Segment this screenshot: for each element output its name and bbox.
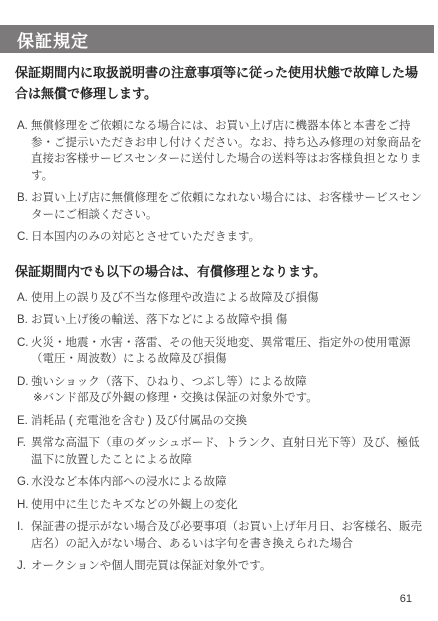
list-item: J. オークションや個人間売買は保証対象外です。 <box>17 558 424 575</box>
list-item: C. 日本国内のみの対応とさせていただきます。 <box>17 229 424 246</box>
page-title: 保証規定 <box>0 27 89 52</box>
item-label: D. <box>17 374 31 407</box>
item-label: B. <box>17 312 31 329</box>
item-text: 日本国内のみの対応とさせていただきます。 <box>31 229 424 246</box>
item-text: オークションや個人間売買は保証対象外です。 <box>31 558 424 575</box>
page-header-bar: 保証規定 <box>0 25 434 53</box>
item-text: お買い上げ店に無償修理をご依頼になれない場合には、お客様サービスセンターにご相談… <box>31 190 424 223</box>
item-text: 水没など本体内部への浸水による故障 <box>31 474 424 491</box>
item-text: 異常な高温下（車のダッシュボード、トランク、直射日光下等）及び、極低温下に放置し… <box>31 435 424 468</box>
list-item: G. 水没など本体内部への浸水による故障 <box>17 474 424 491</box>
item-text: 使用中に生じたキズなどの外観上の変化 <box>31 497 424 514</box>
item-label: C. <box>17 229 31 246</box>
item-text: 火災・地震・水害・落雷、その他天災地変、異常電圧、指定外の使用電源（電圧・周波数… <box>31 335 424 368</box>
item-text: 強いショック（落下、ひねり、つぶし等）による故障 ※バンド部及び外観の修理・交換… <box>31 374 424 407</box>
page-number: 61 <box>400 593 412 605</box>
paid-repair-list: A. 使用上の誤り及び不当な修理や改造による故障及び損傷 B. お買い上げ後の輸… <box>17 290 424 575</box>
list-item: A. 無償修理をご依頼になる場合には、お買い上げ店に機器本体と本書をご持参・ご提… <box>17 118 424 184</box>
item-label: G. <box>17 474 31 491</box>
list-item: C. 火災・地震・水害・落雷、その他天災地変、異常電圧、指定外の使用電源（電圧・… <box>17 335 424 368</box>
paid-repair-heading: 保証期間内でも以下の場合は、有償修理となります。 <box>15 262 424 281</box>
item-label: A. <box>17 118 31 184</box>
item-label: C. <box>17 335 31 368</box>
item-note: ※バンド部及び外観の修理・交換は保証の対象外です。 <box>33 390 424 407</box>
list-item: B. お買い上げ店に無償修理をご依頼になれない場合には、お客様サービスセンターに… <box>17 190 424 223</box>
warranty-page: 保証規定 保証期間内に取扱説明書の注意事項等に従った使用状態で故障した場合は無償… <box>0 0 438 621</box>
item-label: F. <box>17 435 31 468</box>
item-text: 保証書の提示がない場合及び必要事項（お買い上げ年月日、お客様名、販売店名）の記入… <box>31 519 424 552</box>
list-item: I. 保証書の提示がない場合及び必要事項（お買い上げ年月日、お客様名、販売店名）… <box>17 519 424 552</box>
item-label: I. <box>17 519 31 552</box>
item-label: E. <box>17 413 31 430</box>
list-item: D. 強いショック（落下、ひねり、つぶし等）による故障 ※バンド部及び外観の修理… <box>17 374 424 407</box>
item-text: 消耗品 ( 充電池を含む ) 及び付属品の交換 <box>31 413 424 430</box>
list-item: A. 使用上の誤り及び不当な修理や改造による故障及び損傷 <box>17 290 424 307</box>
free-repair-list: A. 無償修理をご依頼になる場合には、お買い上げ店に機器本体と本書をご持参・ご提… <box>17 118 424 246</box>
list-item: E. 消耗品 ( 充電池を含む ) 及び付属品の交換 <box>17 413 424 430</box>
intro-text: 保証期間内に取扱説明書の注意事項等に従った使用状態で故障した場合は無償で修理しま… <box>15 62 424 104</box>
item-label: B. <box>17 190 31 223</box>
item-label: J. <box>17 558 31 575</box>
item-text: 使用上の誤り及び不当な修理や改造による故障及び損傷 <box>31 290 424 307</box>
list-item: F. 異常な高温下（車のダッシュボード、トランク、直射日光下等）及び、極低温下に… <box>17 435 424 468</box>
item-text: お買い上げ後の輸送、落下などによる故障や損 傷 <box>31 312 424 329</box>
list-item: H. 使用中に生じたキズなどの外観上の変化 <box>17 497 424 514</box>
item-label: H. <box>17 497 31 514</box>
item-text-main: 強いショック（落下、ひねり、つぶし等）による故障 <box>31 376 307 388</box>
page-content: 保証期間内に取扱説明書の注意事項等に従った使用状態で故障した場合は無償で修理しま… <box>15 62 424 581</box>
list-item: B. お買い上げ後の輸送、落下などによる故障や損 傷 <box>17 312 424 329</box>
item-text: 無償修理をご依頼になる場合には、お買い上げ店に機器本体と本書をご持参・ご提示いた… <box>31 118 424 184</box>
item-label: A. <box>17 290 31 307</box>
